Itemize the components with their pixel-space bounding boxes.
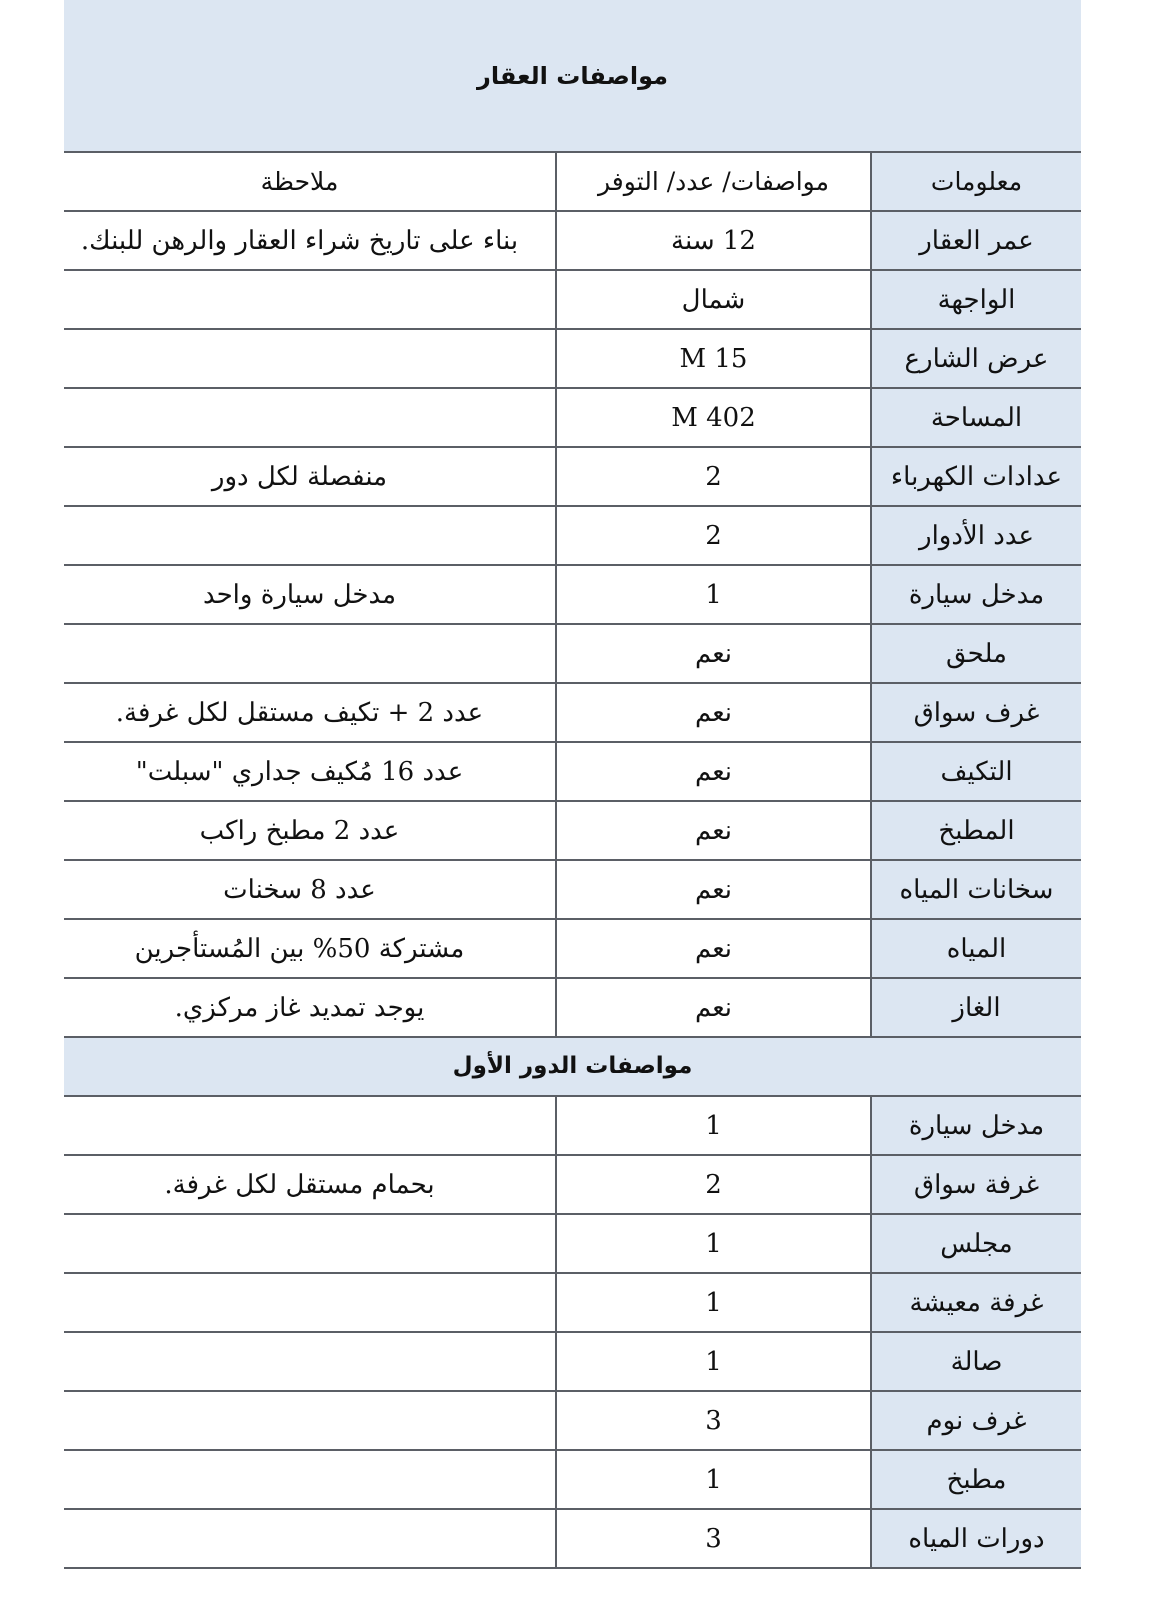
row-value: 1 <box>556 1096 871 1155</box>
row-note <box>64 1450 556 1509</box>
table-row: ملحق نعم <box>64 624 1081 683</box>
row-note: بحمام مستقل لكل غرفة. <box>64 1155 556 1214</box>
row-note: عدد 16 مُكيف جداري "سبلت" <box>64 742 556 801</box>
table-row: المساحة 402 M <box>64 388 1081 447</box>
row-label: عدادات الكهرباء <box>871 447 1081 506</box>
row-label: عمر العقار <box>871 211 1081 270</box>
row-label: الواجهة <box>871 270 1081 329</box>
row-value: نعم <box>556 742 871 801</box>
table-row: مطبخ 1 <box>64 1450 1081 1509</box>
table-row: غرف سواق نعم عدد 2 + تكيف مستقل لكل غرفة… <box>64 683 1081 742</box>
row-label: المطبخ <box>871 801 1081 860</box>
table-row: مدخل سيارة 1 <box>64 1096 1081 1155</box>
column-header-note: ملاحظة <box>64 153 556 211</box>
row-label: صالة <box>871 1332 1081 1391</box>
table-row: التكيف نعم عدد 16 مُكيف جداري "سبلت" <box>64 742 1081 801</box>
row-label: التكيف <box>871 742 1081 801</box>
row-note <box>64 1332 556 1391</box>
table-row: غرفة معيشة 1 <box>64 1273 1081 1332</box>
row-value: نعم <box>556 683 871 742</box>
title-band: مواصفات العقار <box>64 0 1081 153</box>
row-note <box>64 329 556 388</box>
row-value: نعم <box>556 801 871 860</box>
table-row: مدخل سيارة 1 مدخل سيارة واحد <box>64 565 1081 624</box>
row-label: الغاز <box>871 978 1081 1037</box>
table-row: عدد الأدوار 2 <box>64 506 1081 565</box>
row-value: 1 <box>556 1214 871 1273</box>
row-label: المياه <box>871 919 1081 978</box>
row-note: عدد 8 سخنات <box>64 860 556 919</box>
row-value: نعم <box>556 624 871 683</box>
table-row: عدادات الكهرباء 2 منفصلة لكل دور <box>64 447 1081 506</box>
document-title: مواصفات العقار <box>477 62 668 90</box>
row-value: 2 <box>556 506 871 565</box>
table-row: غرف نوم 3 <box>64 1391 1081 1450</box>
row-note <box>64 506 556 565</box>
property-spec-document: مواصفات العقار معلومات مواصفات/ عدد/ الت… <box>64 0 1081 1569</box>
row-note <box>64 624 556 683</box>
row-label: ملحق <box>871 624 1081 683</box>
row-label: مدخل سيارة <box>871 1096 1081 1155</box>
row-label: غرفة سواق <box>871 1155 1081 1214</box>
row-label: سخانات المياه <box>871 860 1081 919</box>
row-label: غرف سواق <box>871 683 1081 742</box>
row-value: 1 <box>556 1273 871 1332</box>
row-value: 1 <box>556 1450 871 1509</box>
row-label: عدد الأدوار <box>871 506 1081 565</box>
row-label: دورات المياه <box>871 1509 1081 1568</box>
row-note: منفصلة لكل دور <box>64 447 556 506</box>
row-label: مجلس <box>871 1214 1081 1273</box>
row-note <box>64 270 556 329</box>
table-row: عمر العقار 12 سنة بناء على تاريخ شراء ال… <box>64 211 1081 270</box>
row-value: 1 <box>556 1332 871 1391</box>
table-row: دورات المياه 3 <box>64 1509 1081 1568</box>
row-note: يوجد تمديد غاز مركزي. <box>64 978 556 1037</box>
row-value: شمال <box>556 270 871 329</box>
row-note: بناء على تاريخ شراء العقار والرهن للبنك. <box>64 211 556 270</box>
spec-table: معلومات مواصفات/ عدد/ التوفر ملاحظة عمر … <box>64 153 1081 1569</box>
row-note <box>64 1273 556 1332</box>
row-label: غرفة معيشة <box>871 1273 1081 1332</box>
row-value: نعم <box>556 860 871 919</box>
row-label: مدخل سيارة <box>871 565 1081 624</box>
row-value: 2 <box>556 447 871 506</box>
table-row: غرفة سواق 2 بحمام مستقل لكل غرفة. <box>64 1155 1081 1214</box>
row-note: عدد 2 مطبخ راكب <box>64 801 556 860</box>
row-value: نعم <box>556 919 871 978</box>
table-row: المياه نعم مشتركة 50% بين المُستأجرين <box>64 919 1081 978</box>
row-label: المساحة <box>871 388 1081 447</box>
table-row: سخانات المياه نعم عدد 8 سخنات <box>64 860 1081 919</box>
row-note: مدخل سيارة واحد <box>64 565 556 624</box>
table-row: الغاز نعم يوجد تمديد غاز مركزي. <box>64 978 1081 1037</box>
row-value: 1 <box>556 565 871 624</box>
column-header-info: معلومات <box>871 153 1081 211</box>
row-label: عرض الشارع <box>871 329 1081 388</box>
row-value: 12 سنة <box>556 211 871 270</box>
table-row: عرض الشارع 15 M <box>64 329 1081 388</box>
table-row: مجلس 1 <box>64 1214 1081 1273</box>
column-header-spec: مواصفات/ عدد/ التوفر <box>556 153 871 211</box>
row-value: 2 <box>556 1155 871 1214</box>
row-label: مطبخ <box>871 1450 1081 1509</box>
row-note <box>64 1391 556 1450</box>
row-note <box>64 1509 556 1568</box>
row-value: 3 <box>556 1509 871 1568</box>
row-value: 3 <box>556 1391 871 1450</box>
table-row: الواجهة شمال <box>64 270 1081 329</box>
row-note <box>64 388 556 447</box>
row-note <box>64 1096 556 1155</box>
row-note <box>64 1214 556 1273</box>
row-note: عدد 2 + تكيف مستقل لكل غرفة. <box>64 683 556 742</box>
table-header-row: معلومات مواصفات/ عدد/ التوفر ملاحظة <box>64 153 1081 211</box>
row-label: غرف نوم <box>871 1391 1081 1450</box>
table-row: صالة 1 <box>64 1332 1081 1391</box>
table-row: المطبخ نعم عدد 2 مطبخ راكب <box>64 801 1081 860</box>
row-note: مشتركة 50% بين المُستأجرين <box>64 919 556 978</box>
row-value: نعم <box>556 978 871 1037</box>
row-value: 402 M <box>556 388 871 447</box>
row-value: 15 M <box>556 329 871 388</box>
section-title: مواصفات الدور الأول <box>64 1037 1081 1096</box>
section-header-first-floor: مواصفات الدور الأول <box>64 1037 1081 1096</box>
